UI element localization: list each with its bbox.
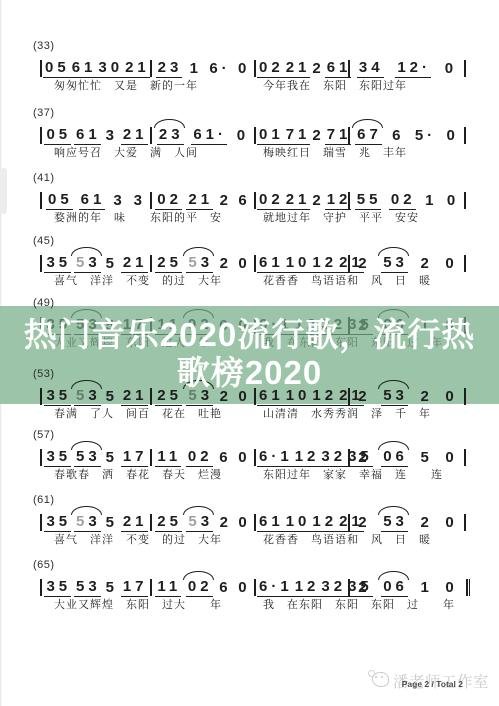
lyrics-line: 婺洲的年 味 东阳的平 安就地过年 守护 平平 安安 xyxy=(39,209,465,223)
note-group: 1 xyxy=(423,192,437,210)
lyrics-line: 喜气 洋洋 不变 的过 大年花香香 鸟语语和 风 日 暖 xyxy=(39,272,465,286)
measure: 3553521 xyxy=(43,513,149,532)
measure: 61101221 xyxy=(257,513,347,532)
note-group: 25 xyxy=(155,513,182,532)
notation-line: 0561330221260221212550210 xyxy=(39,191,465,210)
measure: 0221261 xyxy=(257,59,347,78)
note-group: 61· xyxy=(191,126,227,145)
measure: 20610 xyxy=(351,578,463,597)
lyrics-right: 花香香 鸟语语和 风 日 暖 xyxy=(263,272,431,288)
barline xyxy=(464,514,466,531)
notation-line: 35535171102606·112323520610 xyxy=(39,578,465,597)
note-group: 10 xyxy=(284,513,311,532)
note-group: 02 xyxy=(155,191,182,210)
barline xyxy=(40,449,42,466)
note-group: 25 xyxy=(155,254,182,273)
measure-number-label: (61) xyxy=(33,494,55,506)
lyrics-line: 大业又辉煌 东阳 过大 年我 在东阳 东阳 东阳 过 年 xyxy=(39,596,465,610)
final-double-barline xyxy=(466,579,470,596)
note-group: 02 xyxy=(186,578,213,597)
note-group: 35 xyxy=(44,254,71,273)
note-group: 21 xyxy=(121,254,148,273)
music-system: (65)35535171102606·112323520610大业又辉煌 东阳 … xyxy=(0,559,499,621)
note-group: 6·1 xyxy=(257,578,293,597)
note-group: 23 xyxy=(157,126,184,145)
note-group: 2 xyxy=(356,579,370,597)
barline xyxy=(40,192,42,209)
note-group: 02 xyxy=(186,448,213,467)
note-group: 06 xyxy=(381,448,408,467)
note-group: 55 xyxy=(355,191,382,210)
notation-line: 35535212553206110122125320 xyxy=(39,254,465,273)
measure: 25320 xyxy=(351,513,463,532)
measure: 3553521 xyxy=(43,254,149,273)
barline xyxy=(150,514,152,531)
barline xyxy=(464,60,466,77)
barline xyxy=(464,192,466,209)
notation-line: 35535212553206110122125320 xyxy=(39,513,465,532)
lyrics-left: 婺洲的年 味 东阳的平 安 xyxy=(54,209,222,225)
note-group: 6 xyxy=(236,192,250,210)
lyrics-line: 匆匆忙忙 又是 新的一年今年我在 东阳 东阳过年 xyxy=(39,77,465,91)
note-group: 02 xyxy=(389,191,416,210)
measure: 022126 xyxy=(153,191,253,210)
note-group: 0 xyxy=(443,60,457,78)
note-group: 12 xyxy=(325,191,352,210)
page-title-line2: 歌榜2020 xyxy=(0,354,499,392)
note-group: 5· xyxy=(413,127,436,145)
barline xyxy=(150,579,152,596)
note-group: 02 xyxy=(257,191,284,210)
note-group: 61 xyxy=(70,59,97,78)
measure: 3412·0 xyxy=(351,59,463,78)
sheet-music-page: (33)056130212316·002212613412·0匆匆忙忙 又是 新… xyxy=(0,0,499,706)
note-group: 53 xyxy=(74,578,101,597)
note-group: 2 xyxy=(218,255,232,273)
note-group: 23 xyxy=(156,59,183,78)
barline xyxy=(254,60,256,77)
note-group: 17 xyxy=(121,448,148,467)
note-group: 53 xyxy=(186,254,213,273)
note-group: 11 xyxy=(155,448,181,467)
notation-line: 05613212361·001712716765·0 xyxy=(39,126,465,145)
measure: 2316·0 xyxy=(153,59,253,78)
note-group: 5 xyxy=(104,514,118,532)
note-group: 21 xyxy=(121,513,148,532)
measure-number-label: (65) xyxy=(33,559,55,571)
note-group: 10 xyxy=(284,254,311,273)
note-group: 21 xyxy=(284,191,311,210)
note-group: 0 xyxy=(444,127,458,145)
measure-number-label: (41) xyxy=(33,172,55,184)
note-group: 2 xyxy=(310,127,324,145)
music-system: (33)056130212316·002212613412·0匆匆忙忙 又是 新… xyxy=(0,40,499,102)
barline xyxy=(150,60,152,77)
measure-number-label: (33) xyxy=(33,40,55,52)
note-group: 0 xyxy=(236,579,250,597)
note-group: 2 xyxy=(356,449,370,467)
notation-line: 056130212316·002212613412·0 xyxy=(39,59,465,78)
studio-face-logo-icon xyxy=(372,672,389,687)
note-group: 53 xyxy=(74,513,101,532)
page-title-line1: 热门音乐2020流行歌，流行热 xyxy=(0,316,499,354)
note-group: 61 xyxy=(325,59,352,78)
measure: 110260 xyxy=(153,578,253,597)
note-group: 0 xyxy=(443,579,457,597)
note-group: 12 xyxy=(310,513,337,532)
lyrics-right: 梅映红日 瑞雪 兆 丰年 xyxy=(263,144,407,160)
note-group: 3 xyxy=(104,127,118,145)
note-group: 35 xyxy=(44,513,71,532)
measure: 6·1123235 xyxy=(257,578,347,597)
measure: 0221212 xyxy=(257,191,347,210)
note-group: 32 xyxy=(319,578,346,597)
note-group: 61 xyxy=(257,513,284,532)
note-group: 0 xyxy=(445,192,459,210)
measure: 6·1123235 xyxy=(257,448,347,467)
note-group: 0 xyxy=(236,255,250,273)
note-group: 2 xyxy=(310,60,324,78)
note-group: 53 xyxy=(186,513,213,532)
page-number-text: Page 2 / Total 2 xyxy=(402,679,463,689)
note-group: 05 xyxy=(46,191,73,210)
note-group: 35 xyxy=(44,448,71,467)
note-group: 6· xyxy=(207,60,230,78)
note-group: 3 xyxy=(111,192,125,210)
barline xyxy=(40,514,42,531)
lyrics-right: 花香香 鸟语语和 风 日 暖 xyxy=(263,531,431,547)
measure-number-label: (45) xyxy=(33,235,55,247)
barline xyxy=(254,127,256,144)
note-group: 53 xyxy=(74,254,101,273)
music-system: (45)35535212553206110122125320喜气 洋洋 不变 的… xyxy=(0,235,499,297)
measure: 0171271 xyxy=(257,126,347,145)
lyrics-left: 匆匆忙忙 又是 新的一年 xyxy=(54,77,198,93)
note-group: 12 xyxy=(293,578,320,597)
note-group: 35 xyxy=(44,578,71,597)
note-group: 01 xyxy=(257,126,284,145)
lyrics-line: 春满 了人 间百 花在 吐艳山清清 水秀秀润 泽 千 年 xyxy=(39,405,465,419)
note-group: 2 xyxy=(310,192,324,210)
lyrics-right: 东阳过年 家家 幸福 连 连 xyxy=(263,466,443,482)
lyrics-line: 喜气 洋洋 不变 的过 大年花香香 鸟语语和 风 日 暖 xyxy=(39,531,465,545)
note-group: 0 xyxy=(443,514,457,532)
note-group: 61 xyxy=(74,126,101,145)
note-group: 21 xyxy=(186,191,213,210)
measure: 2361·0 xyxy=(153,126,253,145)
note-group: 05 xyxy=(43,59,70,78)
barline xyxy=(254,449,256,466)
note-group: 53 xyxy=(381,254,408,273)
music-system: (41)0561330221260221212550210婺洲的年 味 东阳的平… xyxy=(0,172,499,234)
note-group: 2 xyxy=(356,514,370,532)
barline xyxy=(150,255,152,272)
barline xyxy=(40,127,42,144)
measure: 6765·0 xyxy=(351,126,463,145)
measure: 255320 xyxy=(153,254,253,273)
lyrics-left: 喜气 洋洋 不变 的过 大年 xyxy=(54,272,222,288)
note-group: 12 xyxy=(293,448,320,467)
measure: 61101221 xyxy=(257,254,347,273)
measure-number-label: (57) xyxy=(33,429,55,441)
barline xyxy=(40,255,42,272)
measure: 110260 xyxy=(153,448,253,467)
measure: 0561321 xyxy=(43,126,149,145)
music-system: (57)35535171102606·112323520650春歌春 洒 春花 … xyxy=(0,429,499,491)
note-group: 3 xyxy=(132,192,146,210)
note-group: 6·1 xyxy=(257,448,293,467)
note-group: 34 xyxy=(357,59,384,78)
note-group: 6 xyxy=(217,579,231,597)
barline xyxy=(254,192,256,209)
note-group: 71 xyxy=(284,126,311,145)
note-group: 0 xyxy=(443,255,457,273)
music-system: (61)35535212553206110122125320喜气 洋洋 不变 的… xyxy=(0,494,499,556)
barline xyxy=(150,192,152,209)
lyrics-right: 就地过年 守护 平平 安安 xyxy=(263,209,419,225)
barline xyxy=(464,127,466,144)
music-system: (37)05613212361·001712716765·0响应号召 大爱 满 … xyxy=(0,107,499,169)
note-group: 2 xyxy=(218,192,232,210)
note-group: 02 xyxy=(257,59,284,78)
note-group: 06 xyxy=(381,578,408,597)
note-group: 21 xyxy=(121,126,148,145)
measure: 550210 xyxy=(351,191,463,210)
lyrics-left: 春歌春 洒 春花 春天 烂漫 xyxy=(54,466,222,482)
note-group: 2 xyxy=(218,514,232,532)
note-group: 5 xyxy=(104,579,118,597)
note-group: 0 xyxy=(236,449,250,467)
page-title: 热门音乐2020流行歌，流行热 歌榜2020 xyxy=(0,316,499,392)
barline xyxy=(40,60,42,77)
note-group: 12· xyxy=(395,59,431,78)
note-group: 5 xyxy=(418,449,432,467)
lyrics-left: 喜气 洋洋 不变 的过 大年 xyxy=(54,531,222,547)
barline xyxy=(254,255,256,272)
measure: 3553517 xyxy=(43,578,149,597)
barline xyxy=(150,127,152,144)
measure: 3553517 xyxy=(43,448,149,467)
lyrics-line: 响应号召 大爱 满 人间梅映红日 瑞雪 兆 丰年 xyxy=(39,144,465,158)
measure: 20650 xyxy=(351,448,463,467)
note-group: 71 xyxy=(325,126,352,145)
lyrics-right: 我 在东阳 东阳 东阳 过 年 xyxy=(263,596,455,612)
note-group: 12 xyxy=(310,254,337,273)
measure-number-label: (37) xyxy=(33,107,55,119)
note-group: 0 xyxy=(235,127,249,145)
note-group: 61 xyxy=(79,191,106,210)
note-group: 5 xyxy=(104,449,118,467)
note-group: 2 xyxy=(356,255,370,273)
note-group: 05 xyxy=(44,126,71,145)
note-group: 6 xyxy=(217,449,231,467)
note-group: 30 xyxy=(96,59,123,78)
barline xyxy=(464,255,466,272)
note-group: 61 xyxy=(257,254,284,273)
note-group: 53 xyxy=(381,513,408,532)
notation-line: 35535171102606·112323520650 xyxy=(39,448,465,467)
note-group: 0 xyxy=(443,449,457,467)
lyrics-right: 山清清 水秀秀润 泽 千 年 xyxy=(263,405,431,421)
barline xyxy=(40,579,42,596)
lyrics-line: 春歌春 洒 春花 春天 烂漫东阳过年 家家 幸福 连 连 xyxy=(39,466,465,480)
note-group: 32 xyxy=(319,448,346,467)
note-group: 2 xyxy=(418,514,432,532)
measure: 056133 xyxy=(43,191,149,210)
measure-number-label: (49) xyxy=(33,297,55,309)
barline xyxy=(464,449,466,466)
lyrics-right: 今年我在 东阳 东阳过年 xyxy=(263,77,407,93)
note-group: 17 xyxy=(121,578,148,597)
barline xyxy=(150,449,152,466)
note-group: 21 xyxy=(123,59,150,78)
measure: 05613021 xyxy=(43,59,149,78)
note-group: 21 xyxy=(284,59,311,78)
note-group: 53 xyxy=(74,448,101,467)
measure: 255320 xyxy=(153,513,253,532)
note-group: 6 xyxy=(390,127,404,145)
lyrics-left: 大业又辉煌 东阳 过大 年 xyxy=(54,596,222,612)
note-group: 0 xyxy=(236,60,250,78)
note-group: 0 xyxy=(236,514,250,532)
measure: 25320 xyxy=(351,254,463,273)
barline xyxy=(254,514,256,531)
note-group: 11 xyxy=(155,578,181,597)
note-group: 5 xyxy=(104,255,118,273)
note-group: 67 xyxy=(355,126,382,145)
note-group: 2 xyxy=(418,255,432,273)
lyrics-left: 响应号召 大爱 满 人间 xyxy=(54,144,198,160)
note-group: 1 xyxy=(188,60,202,78)
note-group: 1 xyxy=(418,579,432,597)
lyrics-left: 春满 了人 间百 花在 吐艳 xyxy=(54,405,222,421)
barline xyxy=(254,579,256,596)
